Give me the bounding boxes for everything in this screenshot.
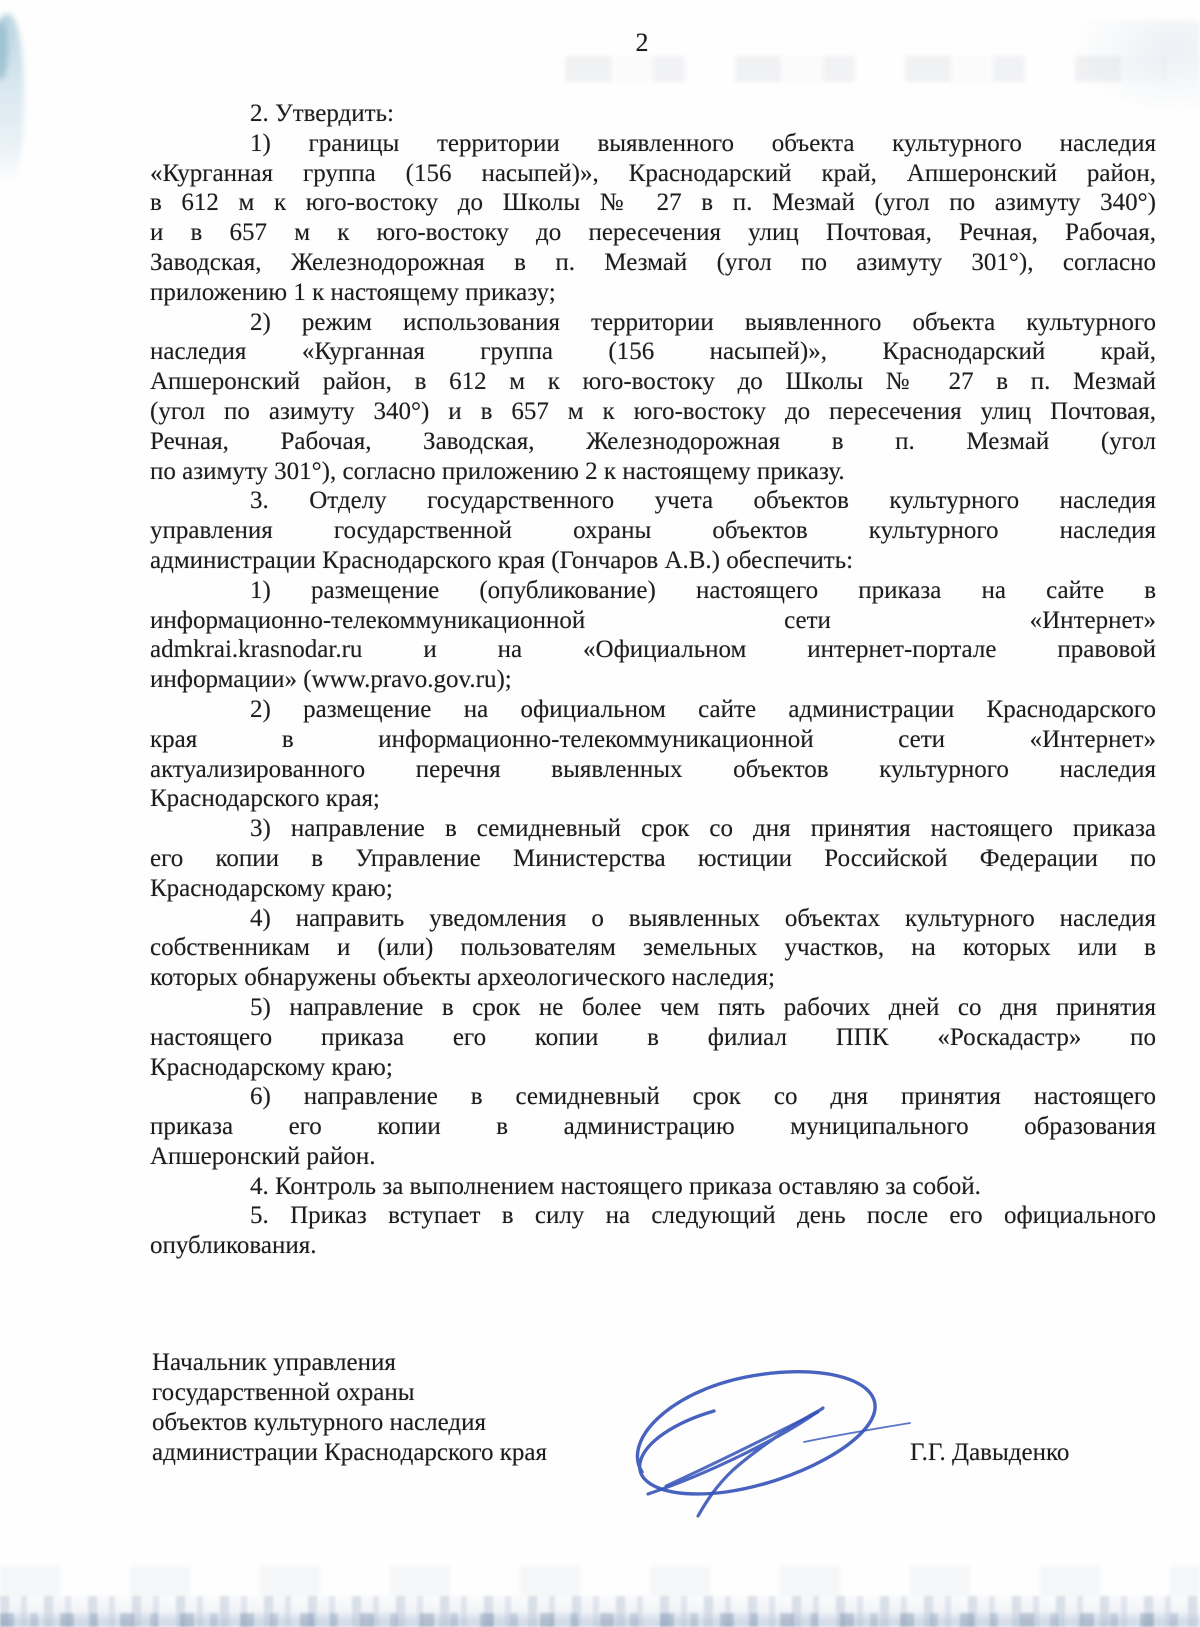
text-line: 5. Приказ вступает в силу на следующий д… — [150, 1201, 1156, 1231]
text-line: приказа его копии в администрацию муници… — [150, 1112, 1156, 1142]
document-body: 2. Утвердить:1) границы территории выявл… — [150, 99, 1156, 1261]
scanned-document-page: 2 2. Утвердить:1) границы территории выя… — [0, 0, 1200, 1627]
text-line: (угол по азимуту 340°) и в 657 м к юго-в… — [150, 397, 1156, 427]
signatory-title-line: Начальник управления — [152, 1348, 547, 1378]
text-line: и в 657 м к юго-востоку до пересечения у… — [150, 218, 1156, 248]
text-line: 4. Контроль за выполнением настоящего пр… — [150, 1172, 1156, 1202]
text-line: управления государственной охраны объект… — [150, 516, 1156, 546]
text-line: Заводская, Железнодорожная в п. Мезмай (… — [150, 248, 1156, 278]
text-line: которых обнаружены объекты археологическ… — [150, 963, 1156, 993]
page-number: 2 — [562, 28, 722, 58]
handwritten-signature-ink — [618, 1362, 918, 1522]
text-line: края в информационно-телекоммуникационно… — [150, 725, 1156, 755]
text-line: по азимуту 301°), согласно приложению 2 … — [150, 457, 1156, 487]
text-line: Речная, Рабочая, Заводская, Железнодорож… — [150, 427, 1156, 457]
scan-artifact-bottom-faint-band — [0, 1566, 1200, 1596]
text-line: «Курганная группа (156 насыпей)», Красно… — [150, 159, 1156, 189]
text-line: актуализированного перечня выявленных об… — [150, 755, 1156, 785]
text-line: информационно-телекоммуникационной сети … — [150, 606, 1156, 636]
signatory-title-line: администрации Краснодарского края — [152, 1438, 547, 1468]
text-line: 4) направить уведомления о выявленных об… — [150, 904, 1156, 934]
text-line: Краснодарскому краю; — [150, 874, 1156, 904]
signature-loop — [637, 1372, 875, 1494]
text-line: Апшеронский район, в 612 м к юго-востоку… — [150, 367, 1156, 397]
text-line: в 612 м к юго-востоку до Школы № 27 в п.… — [150, 188, 1156, 218]
text-line: информации» (www.pravo.gov.ru); — [150, 665, 1156, 695]
signatory-title-line: государственной охраны — [152, 1378, 547, 1408]
signatory-title-line: объектов культурного наследия — [152, 1408, 547, 1438]
text-line: наследия «Курганная группа (156 насыпей)… — [150, 337, 1156, 367]
text-line: Апшеронский район. — [150, 1142, 1156, 1172]
scan-artifact-bottom-speckles — [0, 1613, 1200, 1627]
text-line: его копии в Управление Министерства юсти… — [150, 844, 1156, 874]
text-line: 3. Отделу государственного учета объекто… — [150, 486, 1156, 516]
text-line: 2. Утвердить: — [150, 99, 1156, 129]
text-line: Краснодарского края; — [150, 784, 1156, 814]
text-line: опубликования. — [150, 1231, 1156, 1261]
text-line: 6) направление в семидневный срок со дня… — [150, 1082, 1156, 1112]
text-line: 1) размещение (опубликование) настоящего… — [150, 576, 1156, 606]
text-line: настоящего приказа его копии в филиал ПП… — [150, 1023, 1156, 1053]
text-line: admkrai.krasnodar.ru и на «Официальном и… — [150, 635, 1156, 665]
text-line: 2) режим использования территории выявле… — [150, 308, 1156, 338]
text-line: администрации Краснодарского края (Гонча… — [150, 546, 1156, 576]
signatory-title-block: Начальник управлениягосударственной охра… — [152, 1348, 547, 1468]
text-line: приложению 1 к настоящему приказу; — [150, 278, 1156, 308]
text-line: 5) направление в срок не более чем пять … — [150, 993, 1156, 1023]
text-line: Краснодарскому краю; — [150, 1053, 1156, 1083]
text-line: 2) размещение на официальном сайте админ… — [150, 695, 1156, 725]
text-line: собственникам и (или) пользователям земе… — [150, 933, 1156, 963]
text-line: 3) направление в семидневный срок со дня… — [150, 814, 1156, 844]
text-line: 1) границы территории выявленного объект… — [150, 129, 1156, 159]
signer-name: Г.Г. Давыденко — [910, 1439, 1069, 1467]
